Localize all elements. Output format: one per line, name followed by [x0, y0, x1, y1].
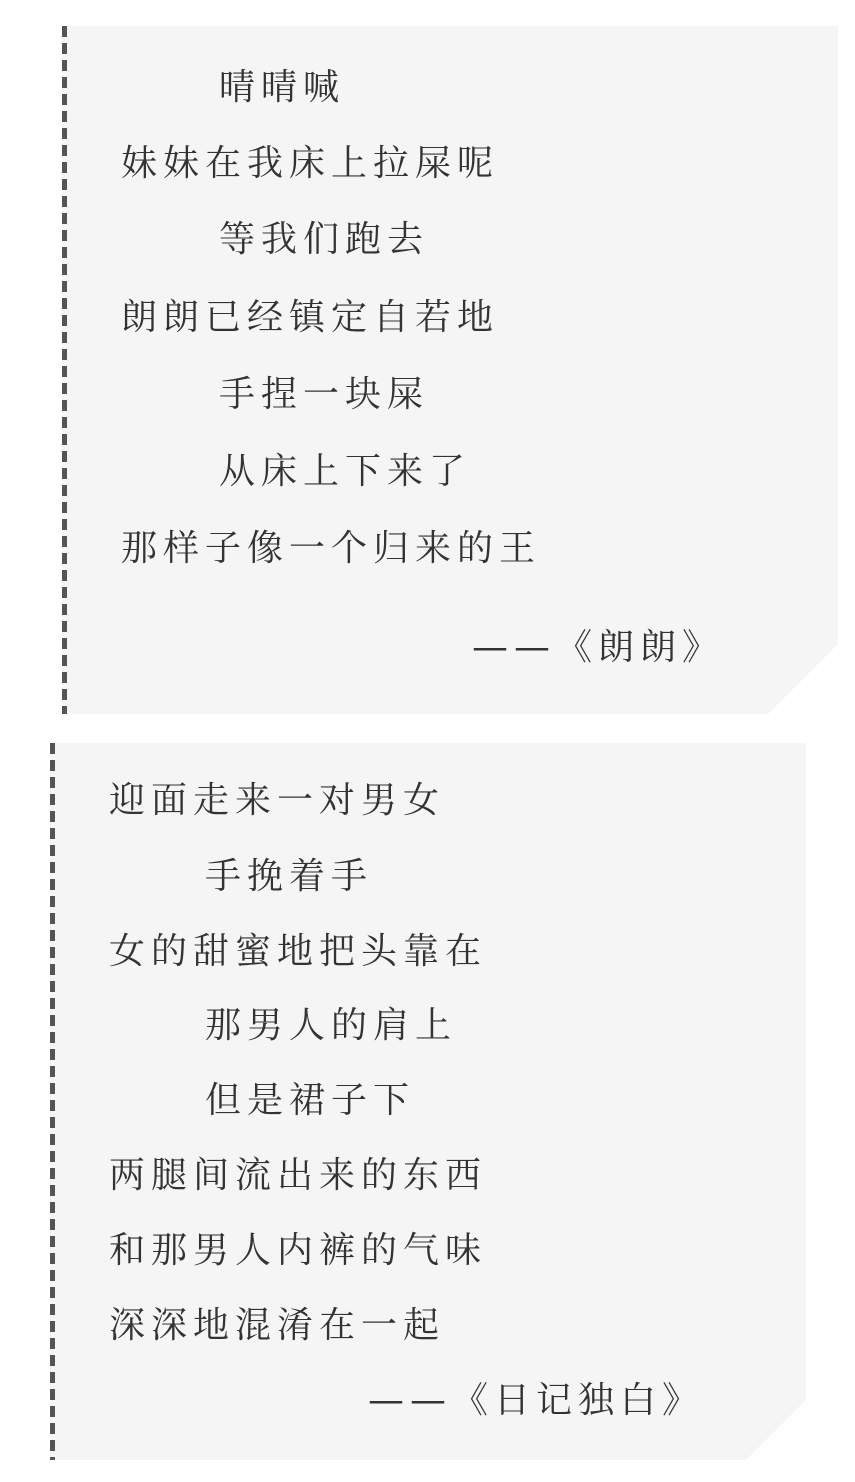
poem-line: 那男人的肩上	[205, 1008, 457, 1044]
folded-corner	[746, 1400, 806, 1460]
poem-card-2: 迎面走来一对男女 手挽着手 女的甜蜜地把头靠在 那男人的肩上 但是裙子下 两腿间…	[50, 743, 806, 1460]
folded-corner	[768, 644, 838, 714]
poem-card-1: 晴晴喊 妹妹在我床上拉屎呢 等我们跑去 朗朗已经镇定自若地 手捏一块屎 从床上下…	[62, 26, 838, 714]
poem-line: 晴晴喊	[219, 70, 345, 106]
poem-line: 迎面走来一对男女	[109, 783, 445, 819]
poem-line: 手挽着手	[205, 859, 373, 895]
poem-line: 等我们跑去	[219, 222, 429, 258]
poem-line: 但是裙子下	[205, 1083, 415, 1119]
poem-line: 和那男人内裤的气味	[109, 1233, 487, 1269]
poem-line: 手捏一块屎	[219, 377, 429, 413]
poem-attribution: ——《朗朗》	[472, 630, 724, 666]
poem-line: 女的甜蜜地把头靠在	[109, 934, 487, 970]
poem-line: 朗朗已经镇定自若地	[121, 300, 499, 336]
poem-line: 妹妹在我床上拉屎呢	[121, 146, 499, 182]
poem-line: 两腿间流出来的东西	[109, 1158, 487, 1194]
poem-line: 深深地混淆在一起	[109, 1308, 445, 1344]
poem-line: 那样子像一个归来的王	[121, 531, 541, 567]
poem-attribution: ——《日记独白》	[368, 1383, 704, 1419]
poem-line: 从床上下来了	[219, 454, 471, 490]
